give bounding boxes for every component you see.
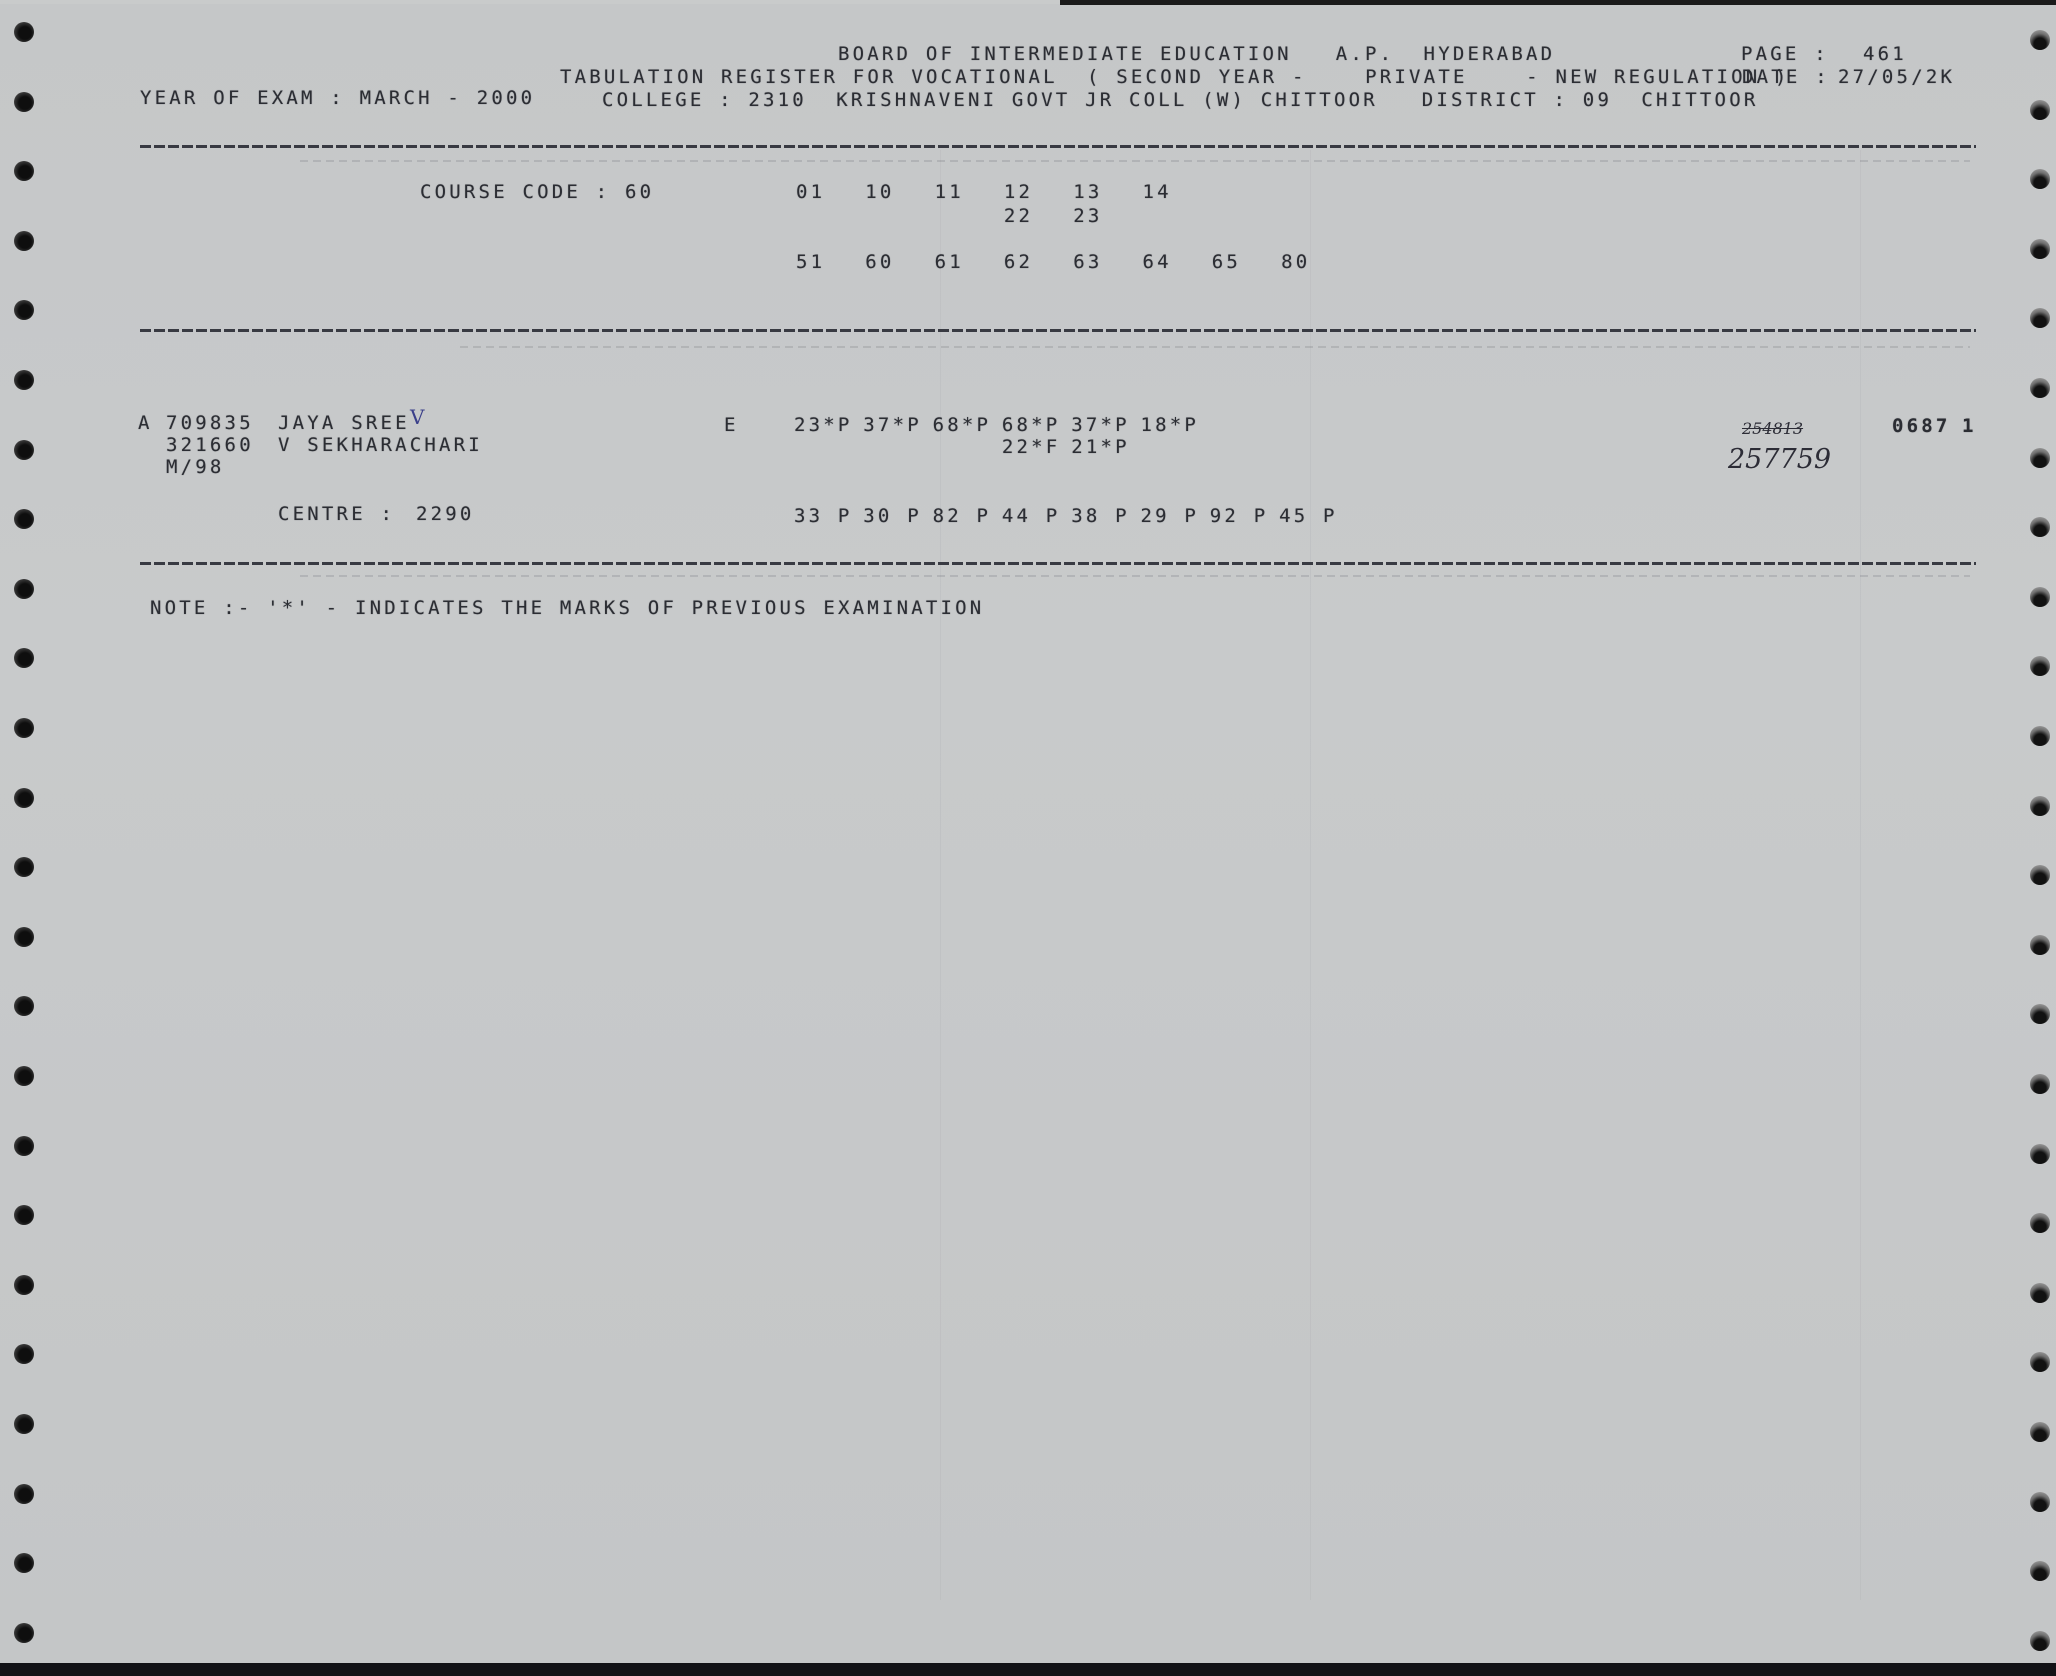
ghost-print: [460, 346, 1970, 348]
mark-cell: 45 P: [1279, 507, 1338, 526]
subject-code: 22: [1004, 207, 1033, 226]
dashed-separator: [140, 562, 1976, 565]
feed-hole: [2030, 935, 2050, 955]
scan-edge-top: [1060, 0, 2056, 5]
ghost-print: [300, 575, 1970, 577]
handwritten-number: 257759: [1728, 444, 1831, 475]
college-info: COLLEGE : 2310 KRISHNAVENI GOVT JR COLL …: [602, 91, 1758, 110]
course-code: COURSE CODE : 60: [420, 183, 654, 202]
subject-code: 13: [1073, 183, 1102, 202]
tick-mark: V: [410, 405, 424, 429]
page-label: PAGE :: [1741, 45, 1829, 64]
feed-hole: [2030, 1283, 2050, 1303]
feed-hole: [2030, 378, 2050, 398]
mark-cell: 37*P: [863, 416, 922, 435]
mark-cell: 68*P: [1002, 416, 1061, 435]
subject-code: 62: [1004, 253, 1033, 272]
feed-hole: [14, 92, 34, 112]
subject-code: 61: [935, 253, 964, 272]
subject-code: 23: [1073, 207, 1102, 226]
feed-hole: [2030, 1492, 2050, 1512]
feed-hole: [2030, 796, 2050, 816]
mark-cell: 82 P: [933, 507, 992, 526]
feed-hole: [14, 1066, 34, 1086]
result-code: 1: [1962, 417, 1977, 436]
ghost-print: [300, 160, 1970, 162]
dashed-separator: [140, 329, 1976, 332]
feed-hole: [14, 1275, 34, 1295]
subject-code: 64: [1143, 253, 1172, 272]
feed-hole: [2030, 1074, 2050, 1094]
reg-number: 321660: [166, 436, 254, 455]
date-value: 27/05/2K: [1838, 68, 1955, 87]
mark-cell: 33 P: [794, 507, 853, 526]
previous-exam: M/98: [166, 458, 225, 477]
mark-cell: 22*F: [1002, 438, 1061, 457]
subject-code: 14: [1143, 183, 1172, 202]
feed-hole: [14, 718, 34, 738]
medium: E: [724, 416, 739, 435]
scan-edge-bottom: [0, 1663, 2056, 1676]
faint-rule: [1860, 150, 1861, 1600]
total-marks: 0687: [1892, 417, 1951, 436]
feed-hole: [2030, 1422, 2050, 1442]
centre-label: CENTRE :: [278, 505, 395, 524]
board-title: BOARD OF INTERMEDIATE EDUCATION A.P. HYD…: [838, 45, 1555, 64]
category: A: [138, 414, 153, 433]
faint-rule: [940, 150, 941, 1600]
feed-hole: [2030, 448, 2050, 468]
register-title: TABULATION REGISTER FOR VOCATIONAL ( SEC…: [560, 68, 1790, 87]
mark-cell: 38 P: [1071, 507, 1130, 526]
father-name: V SEKHARACHARI: [278, 436, 483, 455]
feed-hole: [14, 579, 34, 599]
mark-cell: 23*P: [794, 416, 853, 435]
feed-hole: [14, 231, 34, 251]
feed-hole: [14, 1484, 34, 1504]
mark-cell: 37*P: [1071, 416, 1130, 435]
mark-cell: 44 P: [1002, 507, 1061, 526]
mark-cell: 92 P: [1210, 507, 1269, 526]
subject-code: 63: [1073, 253, 1102, 272]
subject-code: 01: [796, 183, 825, 202]
subject-code: 12: [1004, 183, 1033, 202]
feed-hole: [14, 1414, 34, 1434]
subject-code: 11: [935, 183, 964, 202]
feed-hole: [14, 22, 34, 42]
feed-hole: [14, 440, 34, 460]
centre-code: 2290: [416, 505, 475, 524]
feed-hole: [14, 788, 34, 808]
feed-hole: [2030, 1144, 2050, 1164]
mark-cell: 29 P: [1141, 507, 1200, 526]
date-label: DATE :: [1742, 68, 1830, 87]
subject-code: 51: [796, 253, 825, 272]
handwritten-struck-number: 254813: [1742, 419, 1803, 438]
footnote: NOTE :- '*' - INDICATES THE MARKS OF PRE…: [150, 599, 984, 618]
feed-hole: [2030, 30, 2050, 50]
subject-code: 80: [1281, 253, 1310, 272]
feed-hole: [14, 1623, 34, 1643]
mark-cell: 21*P: [1071, 438, 1130, 457]
faint-rule: [1310, 150, 1311, 1600]
feed-hole: [14, 370, 34, 390]
feed-hole: [14, 1136, 34, 1156]
subject-code: 65: [1212, 253, 1241, 272]
page-number: 461: [1863, 45, 1907, 64]
mark-cell: 30 P: [863, 507, 922, 526]
year-of-exam: YEAR OF EXAM : MARCH - 2000: [140, 89, 535, 108]
subject-code: 60: [865, 253, 894, 272]
student-name: JAYA SREE: [278, 414, 410, 433]
feed-hole: [2030, 100, 2050, 120]
dashed-separator: [140, 145, 1976, 148]
mark-cell: 18*P: [1141, 416, 1200, 435]
feed-hole: [2030, 726, 2050, 746]
hall-ticket: 709835: [166, 414, 254, 433]
feed-hole: [2030, 1631, 2050, 1651]
subject-code: 10: [865, 183, 894, 202]
feed-hole: [2030, 239, 2050, 259]
feed-hole: [2030, 587, 2050, 607]
mark-cell: 68*P: [933, 416, 992, 435]
feed-hole: [14, 927, 34, 947]
